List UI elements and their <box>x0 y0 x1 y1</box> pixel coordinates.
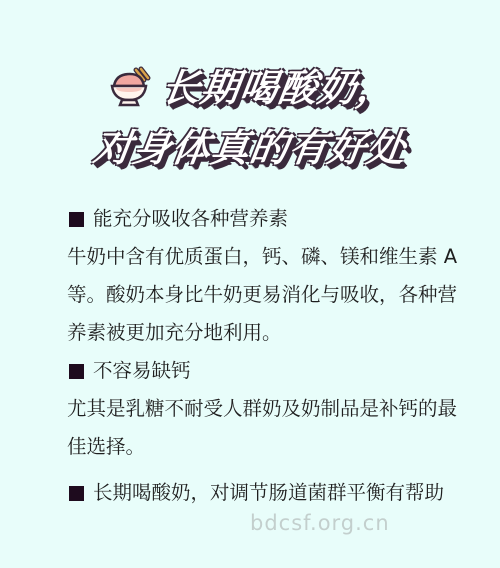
title-text-line-1: 长期喝酸奶， <box>158 58 400 118</box>
article-content: 能充分吸收各种营养素 牛奶中含有优质蛋白，钙、磷、镁和维生素 A 等。酸奶本身比… <box>67 200 487 512</box>
section-heading-text: 能充分吸收各种营养素 <box>93 200 288 238</box>
square-bullet-icon <box>69 212 84 227</box>
section-heading: 不容易缺钙 <box>67 352 487 390</box>
section-heading: 长期喝酸奶，对调节肠道菌群平衡有帮助 <box>67 474 487 512</box>
paragraph-line: 养素被更加充分地利用。 <box>67 314 487 352</box>
paragraph-line: 牛奶中含有优质蛋白，钙、磷、镁和维生素 A <box>67 238 487 276</box>
paragraph-line: 尤其是乳糖不耐受人群奶及奶制品是补钙的最 <box>67 390 487 428</box>
title-line-2: 对身体真的有好处 <box>0 118 500 178</box>
title-line-1: 长期喝酸奶， <box>0 58 500 118</box>
title-block: 长期喝酸奶， 对身体真的有好处 <box>0 58 500 178</box>
paragraph-line: 佳选择。 <box>67 428 487 466</box>
rice-bowl-icon <box>108 66 152 110</box>
section-heading-text: 不容易缺钙 <box>93 352 191 390</box>
watermark: bdcsf.org.cn <box>250 511 390 535</box>
square-bullet-icon <box>69 486 84 501</box>
section-heading: 能充分吸收各种营养素 <box>67 200 487 238</box>
section-heading-text: 长期喝酸奶，对调节肠道菌群平衡有帮助 <box>93 474 444 512</box>
square-bullet-icon <box>69 364 84 379</box>
paragraph-line: 等。酸奶本身比牛奶更易消化与吸收，各种营 <box>67 276 487 314</box>
